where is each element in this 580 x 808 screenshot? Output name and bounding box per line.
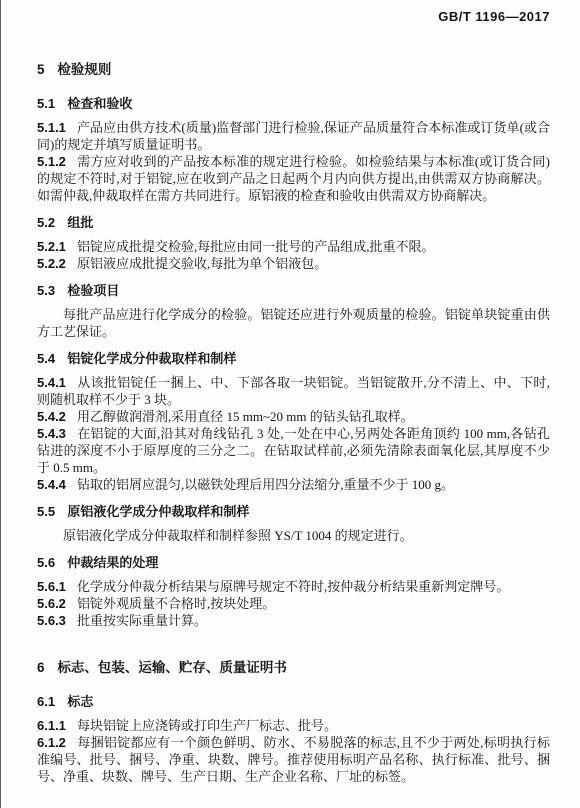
paragraph-5-3: 每批产品应进行化学成分的检验。铝锭还应进行外观质量的检验。铝锭单块锭重由供方工艺… <box>37 306 550 340</box>
clause-5-6-3: 5.6.3批重按实际重量计算。 <box>37 612 550 629</box>
subsection-number: 5.4 <box>37 351 55 366</box>
subsection-title: 组批 <box>67 215 93 230</box>
subsection-heading-5-6: 5.6仲裁结果的处理 <box>37 554 550 572</box>
clause-text: 在铝锭的大面,沿其对角线钻孔 3 处,一处在中心,另两处各距角顶约 100 mm… <box>37 426 550 475</box>
clause-text: 从该批铝锭任一捆上、中、下部各取一块铝锭。当铝锭散开,分不清上、中、下时,则随机… <box>37 375 550 407</box>
subsection-number: 5.3 <box>37 283 55 298</box>
subsection-heading-5-2: 5.2组批 <box>37 214 550 232</box>
section-heading-6: 6标志、包装、运输、贮存、质量证明书 <box>37 659 550 677</box>
subsection-heading-6-1: 6.1标志 <box>37 693 550 711</box>
subsection-heading-5-4: 5.4铝锭化学成分仲裁取样和制样 <box>37 350 550 368</box>
subsection-title: 检查和验收 <box>67 96 132 111</box>
clause-5-2-1: 5.2.1铝锭应成批提交检验,每批应由同一批号的产品组成,批重不限。 <box>37 238 550 255</box>
clause-5-4-1: 5.4.1从该批铝锭任一捆上、中、下部各取一块铝锭。当铝锭散开,分不清上、中、下… <box>37 374 550 408</box>
subsection-number: 5.2 <box>37 215 55 230</box>
clause-text: 每捆铝锭都应有一个颜色鲜明、防水、不易脱落的标志,且不少于两处,标明执行标准编号… <box>37 735 550 784</box>
clause-6-1-2: 6.1.2每捆铝锭都应有一个颜色鲜明、防水、不易脱落的标志,且不少于两处,标明执… <box>37 734 550 785</box>
clause-text: 铝锭应成批提交检验,每批应由同一批号的产品组成,批重不限。 <box>77 239 435 254</box>
clause-text: 批重按实际重量计算。 <box>77 613 207 628</box>
subsection-heading-5-1: 5.1检查和验收 <box>37 95 550 113</box>
clause-text: 原铝液应成批提交验收,每批为单个铝液包。 <box>77 256 327 271</box>
clause-5-1-1: 5.1.1产品应由供方技术(质量)监督部门进行检验,保证产品质量符合本标准或订货… <box>37 119 550 153</box>
clause-number: 5.4.2 <box>37 409 66 424</box>
section-title: 标志、包装、运输、贮存、质量证明书 <box>57 660 287 675</box>
clause-5-6-2: 5.6.2铝锭外观质量不合格时,按块处理。 <box>37 595 550 612</box>
subsection-number: 5.5 <box>37 504 55 519</box>
clause-5-4-3: 5.4.3在铝锭的大面,沿其对角线钻孔 3 处,一处在中心,另两处各距角顶约 1… <box>37 425 550 476</box>
clause-number: 5.6.2 <box>37 596 66 611</box>
clause-number: 5.4.4 <box>37 477 66 492</box>
clause-5-1-2: 5.1.2需方应对收到的产品按本标准的规定进行检验。如检验结果与本标准(或订货合… <box>37 153 550 204</box>
subsection-number: 5.1 <box>37 96 55 111</box>
clause-5-4-2: 5.4.2用乙醇做润滑剂,采用直径 15 mm~20 mm 的钻头钻孔取样。 <box>37 408 550 425</box>
clause-text: 用乙醇做润滑剂,采用直径 15 mm~20 mm 的钻头钻孔取样。 <box>77 409 414 424</box>
clause-number: 5.4.1 <box>37 375 66 390</box>
clause-number: 5.1.1 <box>37 120 66 135</box>
clause-number: 6.1.2 <box>37 735 66 750</box>
section-title: 检验规则 <box>57 62 111 77</box>
section-heading-5: 5检验规则 <box>37 61 550 79</box>
section-number: 5 <box>37 62 45 77</box>
clause-text: 每块铝锭上应浇铸或打印生产厂标志、批号。 <box>77 718 337 733</box>
clause-5-6-1: 5.6.1化学成分仲裁分析结果与原牌号规定不符时,按仲裁分析结果重新判定牌号。 <box>37 578 550 595</box>
section-number: 6 <box>37 660 45 675</box>
scan-edge-line <box>0 0 1 808</box>
clause-text: 化学成分仲裁分析结果与原牌号规定不符时,按仲裁分析结果重新判定牌号。 <box>77 579 509 594</box>
subsection-heading-5-3: 5.3检验项目 <box>37 282 550 300</box>
subsection-title: 检验项目 <box>67 283 119 298</box>
subsection-number: 5.6 <box>37 555 55 570</box>
clause-number: 5.6.3 <box>37 613 66 628</box>
clause-number: 6.1.1 <box>37 718 66 733</box>
clause-5-2-2: 5.2.2原铝液应成批提交验收,每批为单个铝液包。 <box>37 255 550 272</box>
subsection-number: 6.1 <box>37 694 55 709</box>
subsection-title: 标志 <box>67 694 93 709</box>
subsection-heading-5-5: 5.5原铝液化学成分仲裁取样和制样 <box>37 503 550 521</box>
clause-number: 5.2.1 <box>37 239 66 254</box>
clause-text: 需方应对收到的产品按本标准的规定进行检验。如检验结果与本标准(或订货合同)的规定… <box>37 154 550 203</box>
clause-number: 5.4.3 <box>37 426 66 441</box>
standard-code-header: GB/T 1196—2017 <box>37 8 550 25</box>
paragraph-5-5: 原铝液化学成分仲裁取样和制样参照 YS/T 1004 的规定进行。 <box>37 527 550 544</box>
clause-number: 5.1.2 <box>37 154 66 169</box>
subsection-title: 铝锭化学成分仲裁取样和制样 <box>67 351 236 366</box>
document-page: GB/T 1196—2017 5检验规则 5.1检查和验收 5.1.1产品应由供… <box>0 0 580 808</box>
clause-text: 铝锭外观质量不合格时,按块处理。 <box>77 596 275 611</box>
clause-text: 钻取的铝屑应混匀,以磁铁处理后用四分法缩分,重量不少于 100 g。 <box>77 477 454 492</box>
clause-6-1-1: 6.1.1每块铝锭上应浇铸或打印生产厂标志、批号。 <box>37 717 550 734</box>
clause-5-4-4: 5.4.4钻取的铝屑应混匀,以磁铁处理后用四分法缩分,重量不少于 100 g。 <box>37 476 550 493</box>
clause-text: 产品应由供方技术(质量)监督部门进行检验,保证产品质量符合本标准或订货单(或合同… <box>37 120 550 152</box>
subsection-title: 原铝液化学成分仲裁取样和制样 <box>67 504 249 519</box>
clause-number: 5.6.1 <box>37 579 66 594</box>
subsection-title: 仲裁结果的处理 <box>67 555 158 570</box>
clause-number: 5.2.2 <box>37 256 66 271</box>
